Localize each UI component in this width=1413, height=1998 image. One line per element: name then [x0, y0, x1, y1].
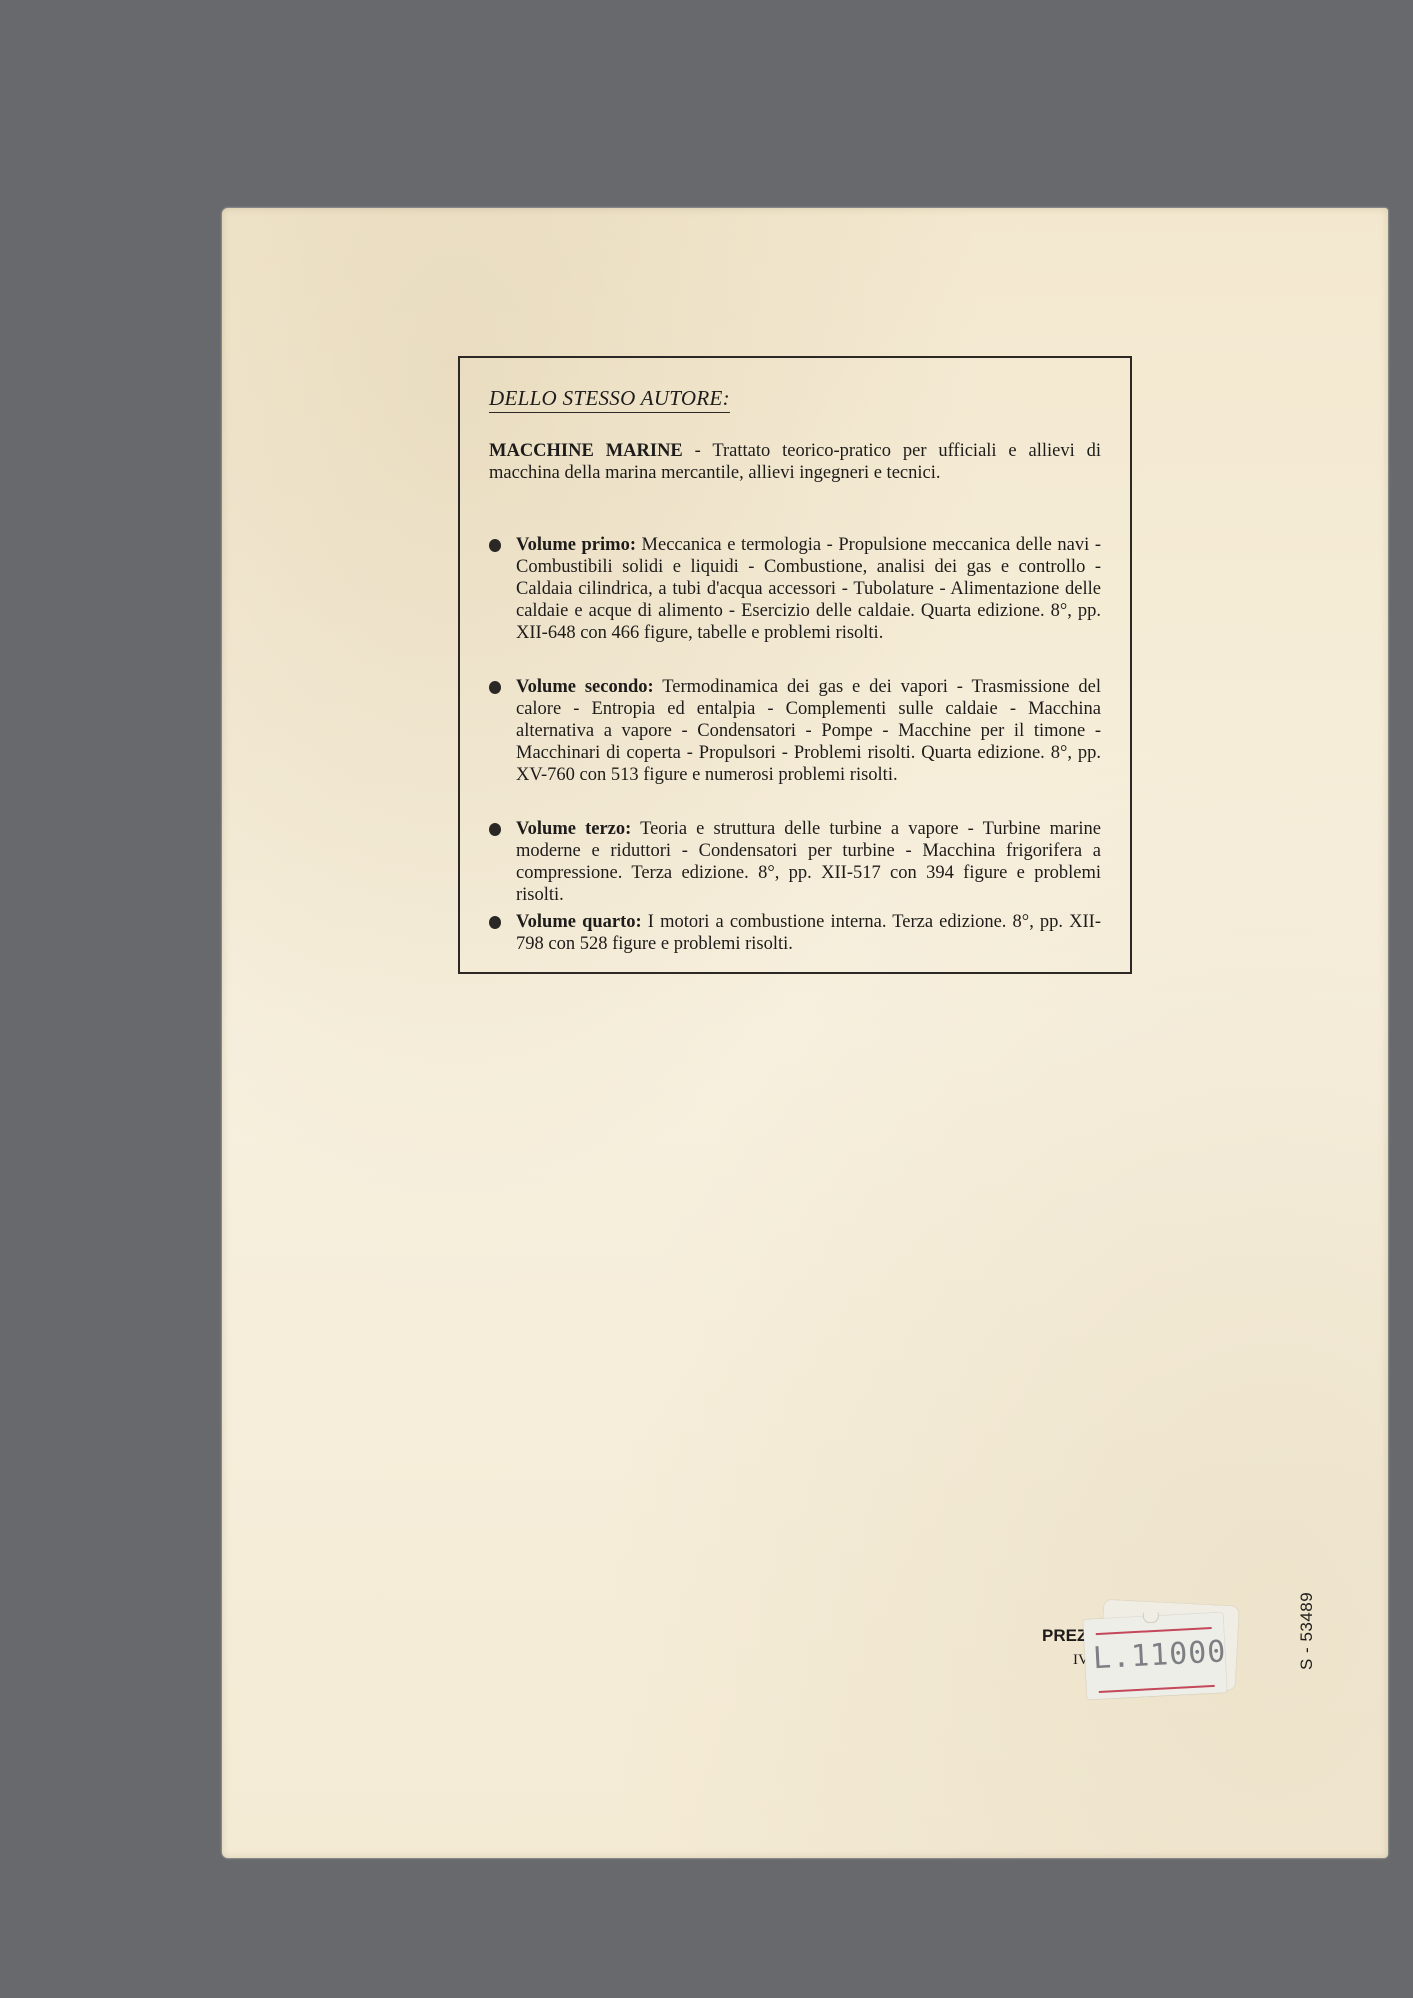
section-heading: DELLO STESSO AUTORE: [489, 386, 730, 413]
catalog-code: S - 53489 [1297, 1592, 1317, 1670]
volume-entry-1: Volume primo: Meccanica e termologia - P… [489, 534, 1101, 644]
sticker-red-line [1096, 1627, 1212, 1635]
bullet-icon [489, 539, 501, 552]
volume-label: Volume primo: [516, 535, 636, 555]
bullet-icon [489, 681, 501, 694]
series-title: MACCHINE MARINE [489, 441, 683, 461]
volume-entry-3: Volume terzo: Teoria e struttura delle t… [489, 818, 1101, 906]
price-sticker: L.11000 [1083, 1612, 1227, 1699]
volume-entry-4: Volume quarto: I motori a combustione in… [489, 911, 1101, 955]
other-works-box: DELLO STESSO AUTORE: MACCHINE MARINE - T… [458, 356, 1132, 974]
bullet-icon [489, 823, 501, 836]
price-label: PREZ [1042, 1626, 1087, 1646]
volume-entry-2: Volume secondo: Termodinamica dei gas e … [489, 676, 1101, 786]
series-intro: MACCHINE MARINE - Trattato teorico-prati… [489, 440, 1101, 484]
price-amount: L.11000 [1092, 1634, 1227, 1676]
volume-label: Volume secondo: [516, 677, 654, 697]
volume-label: Volume quarto: [516, 912, 642, 932]
sticker-notch [1143, 1612, 1160, 1624]
volume-label: Volume terzo: [516, 819, 631, 839]
sticker-red-line [1099, 1685, 1215, 1693]
bullet-icon [489, 916, 501, 929]
